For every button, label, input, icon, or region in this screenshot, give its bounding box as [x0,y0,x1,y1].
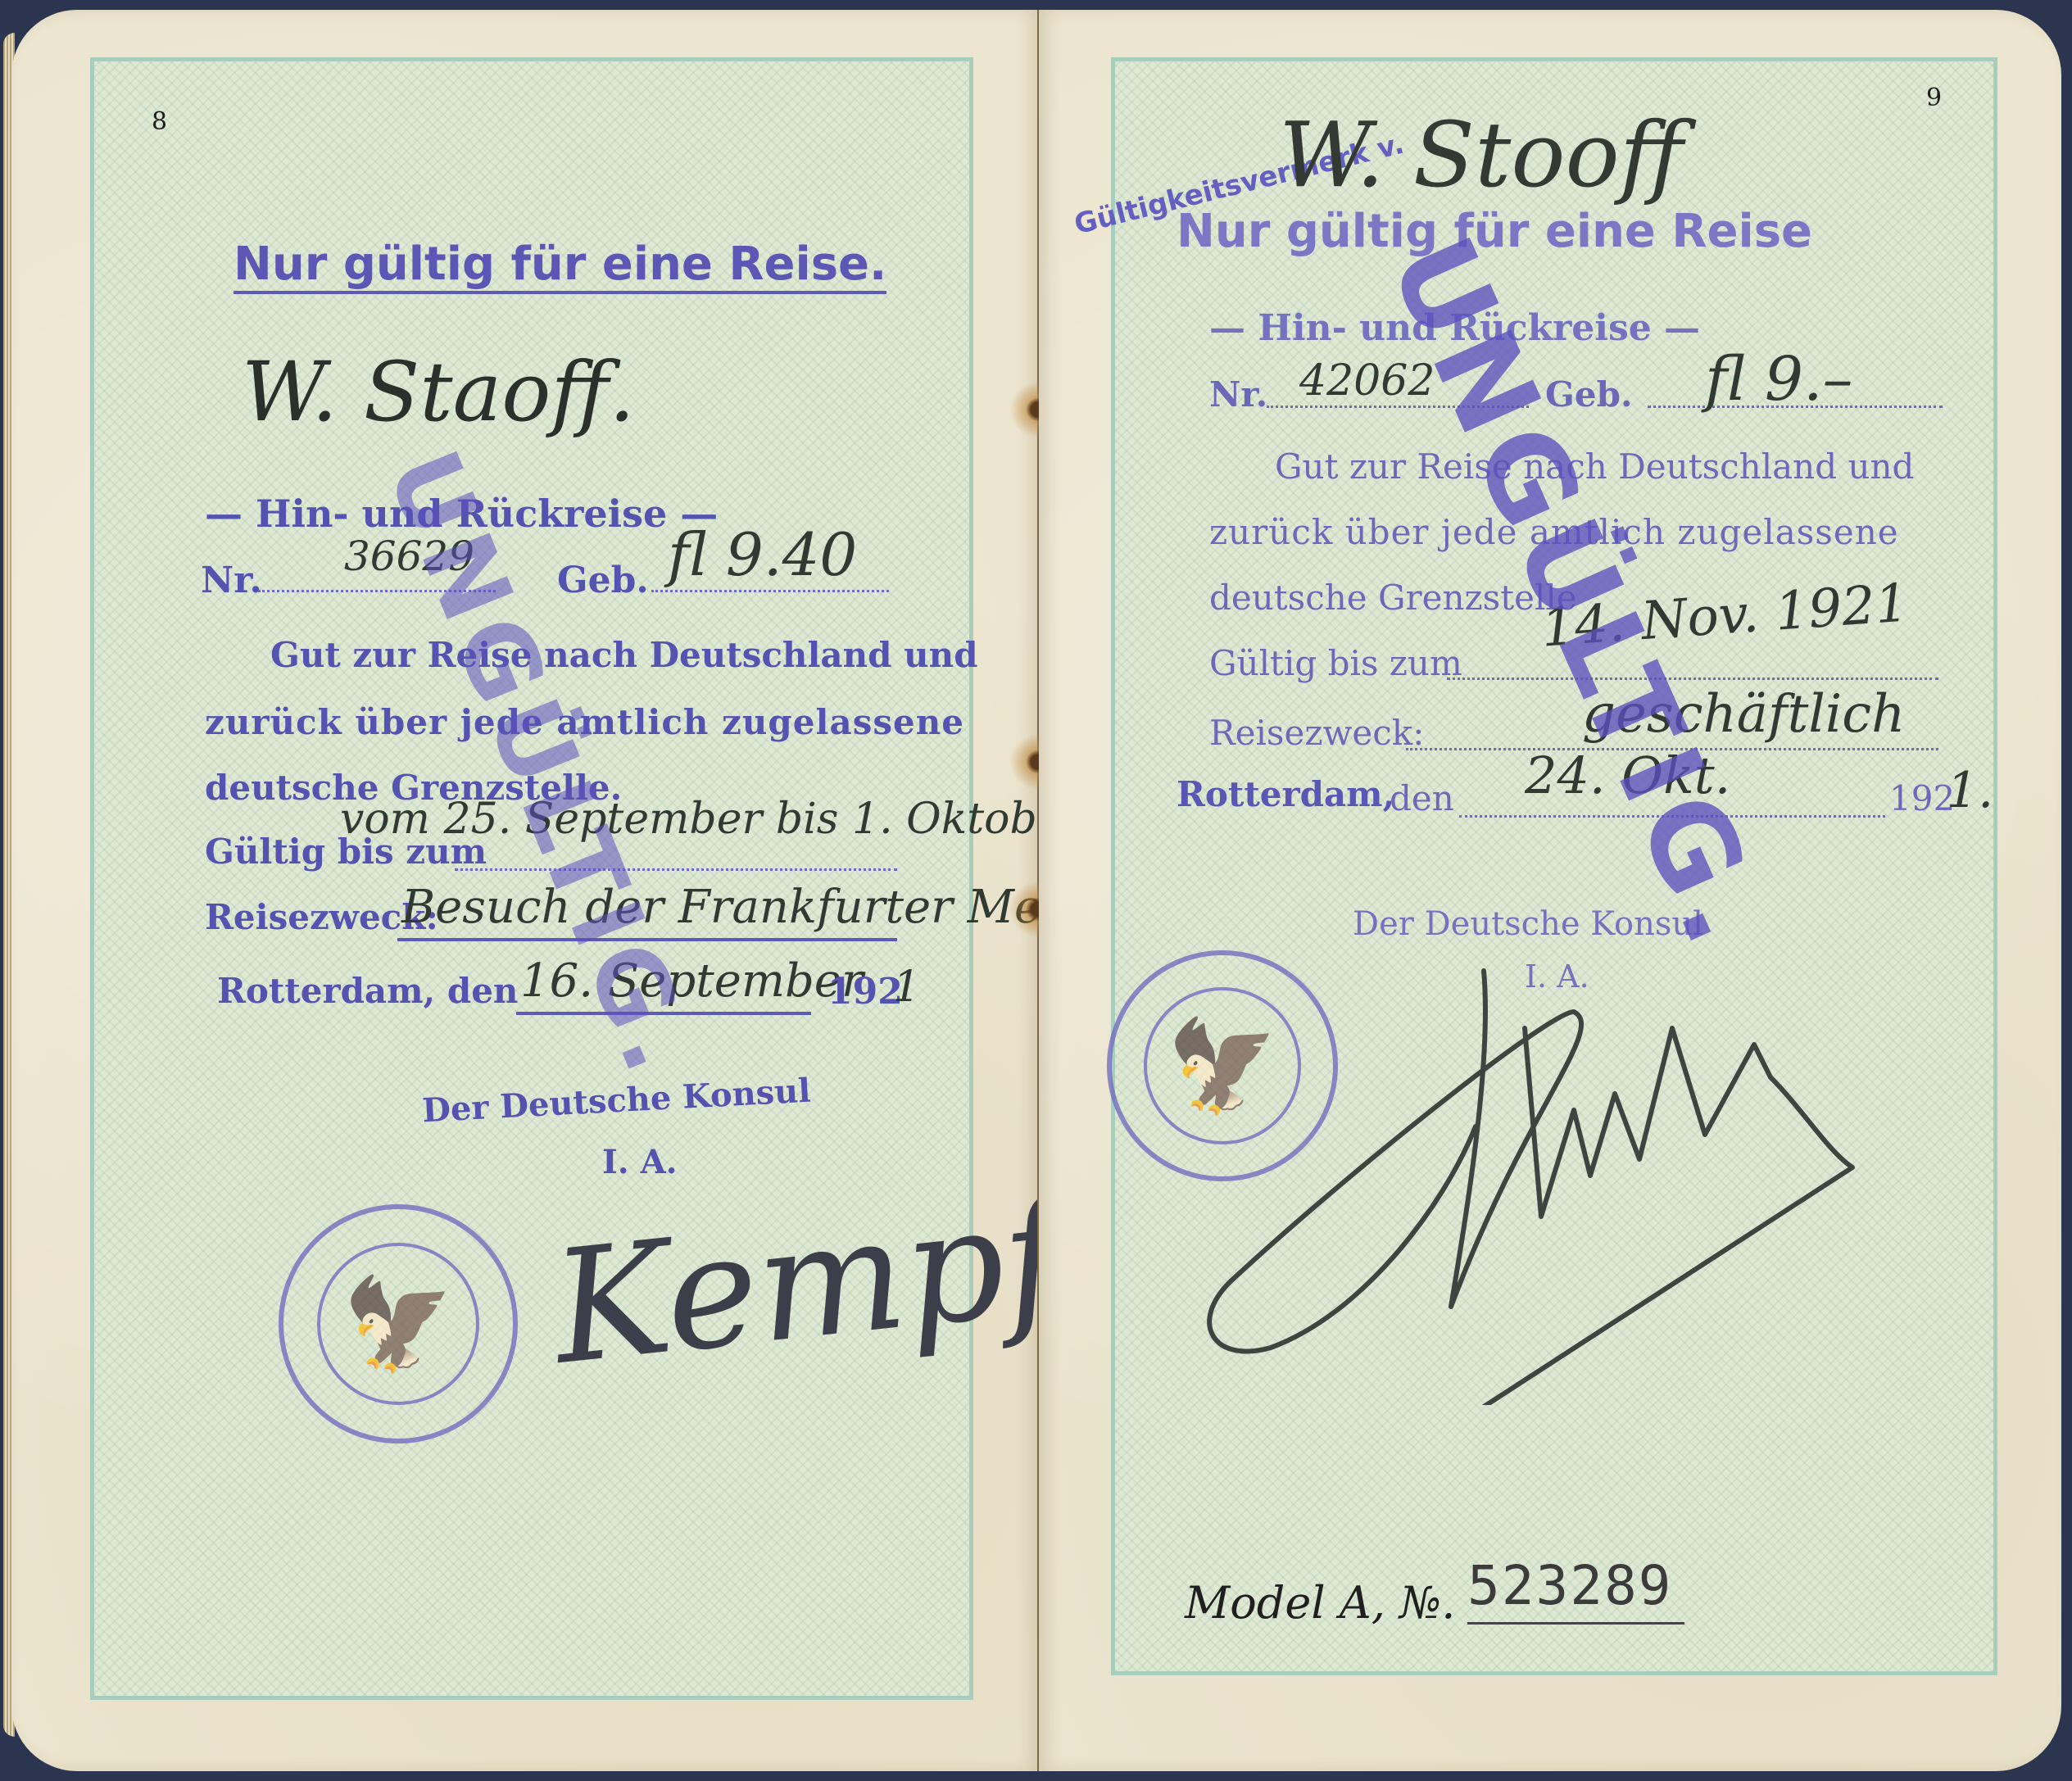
serial-number: 523289 [1467,1554,1672,1617]
purpose-value: Besuch der Frankfurter Messe [401,881,1116,934]
valid-line [1447,678,1938,680]
purpose-label: Reisezweck: [1209,713,1424,753]
consulate-seal: 🦅 [279,1204,518,1443]
valid-label: Gültig bis zum [1209,643,1462,683]
right-page: 9 Gültigkeitsvermerk v. W. Stooff Nur gü… [1039,10,2061,1771]
model-label: Model A, №. [1185,1577,1455,1629]
place-label: Rotterdam, [1177,774,1394,814]
text-line-1: Gut zur Reise nach Deutschland und [270,635,978,675]
seal-inner-ring: 🦅 [317,1243,479,1405]
holder-signature: W. Staoff. [242,344,635,440]
security-print-frame: 9 Gültigkeitsvermerk v. W. Stooff Nur gü… [1111,57,1997,1675]
place-label: Rotterdam, den [217,971,518,1011]
eagle-icon: 🦅 [342,1279,455,1369]
year-hand: 1. [1947,762,1993,819]
nr-label: Nr. [201,560,262,601]
year-print: 192 [827,971,903,1013]
geb-label: Geb. [557,560,649,601]
serial-underline [1467,1622,1684,1625]
official-signature-flourish [1181,963,2000,1405]
nr-label: Nr. [1209,374,1267,415]
official-signature: Kamm [1484,995,1486,996]
year-hand: 1 [893,963,920,1012]
official-signature: Kempf [545,1166,1070,1399]
geb-line [651,590,889,592]
den-label: den [1390,778,1454,818]
validity-stamp: Nur gültig für eine Reise. [233,238,886,291]
page-number: 9 [1926,84,1942,112]
holder-signature: W. Stooff [1279,102,1684,207]
valid-line [455,868,897,871]
geb-value: fl 9.– [1705,344,1852,415]
year-print: 192 [1889,778,1955,818]
page-number: 8 [152,107,167,136]
consul-ia: I. A. [602,1143,678,1181]
left-page: 8 Nur gültig für eine Reise. W. Staoff. … [11,10,1039,1771]
geb-value: fl 9.40 [668,520,857,589]
